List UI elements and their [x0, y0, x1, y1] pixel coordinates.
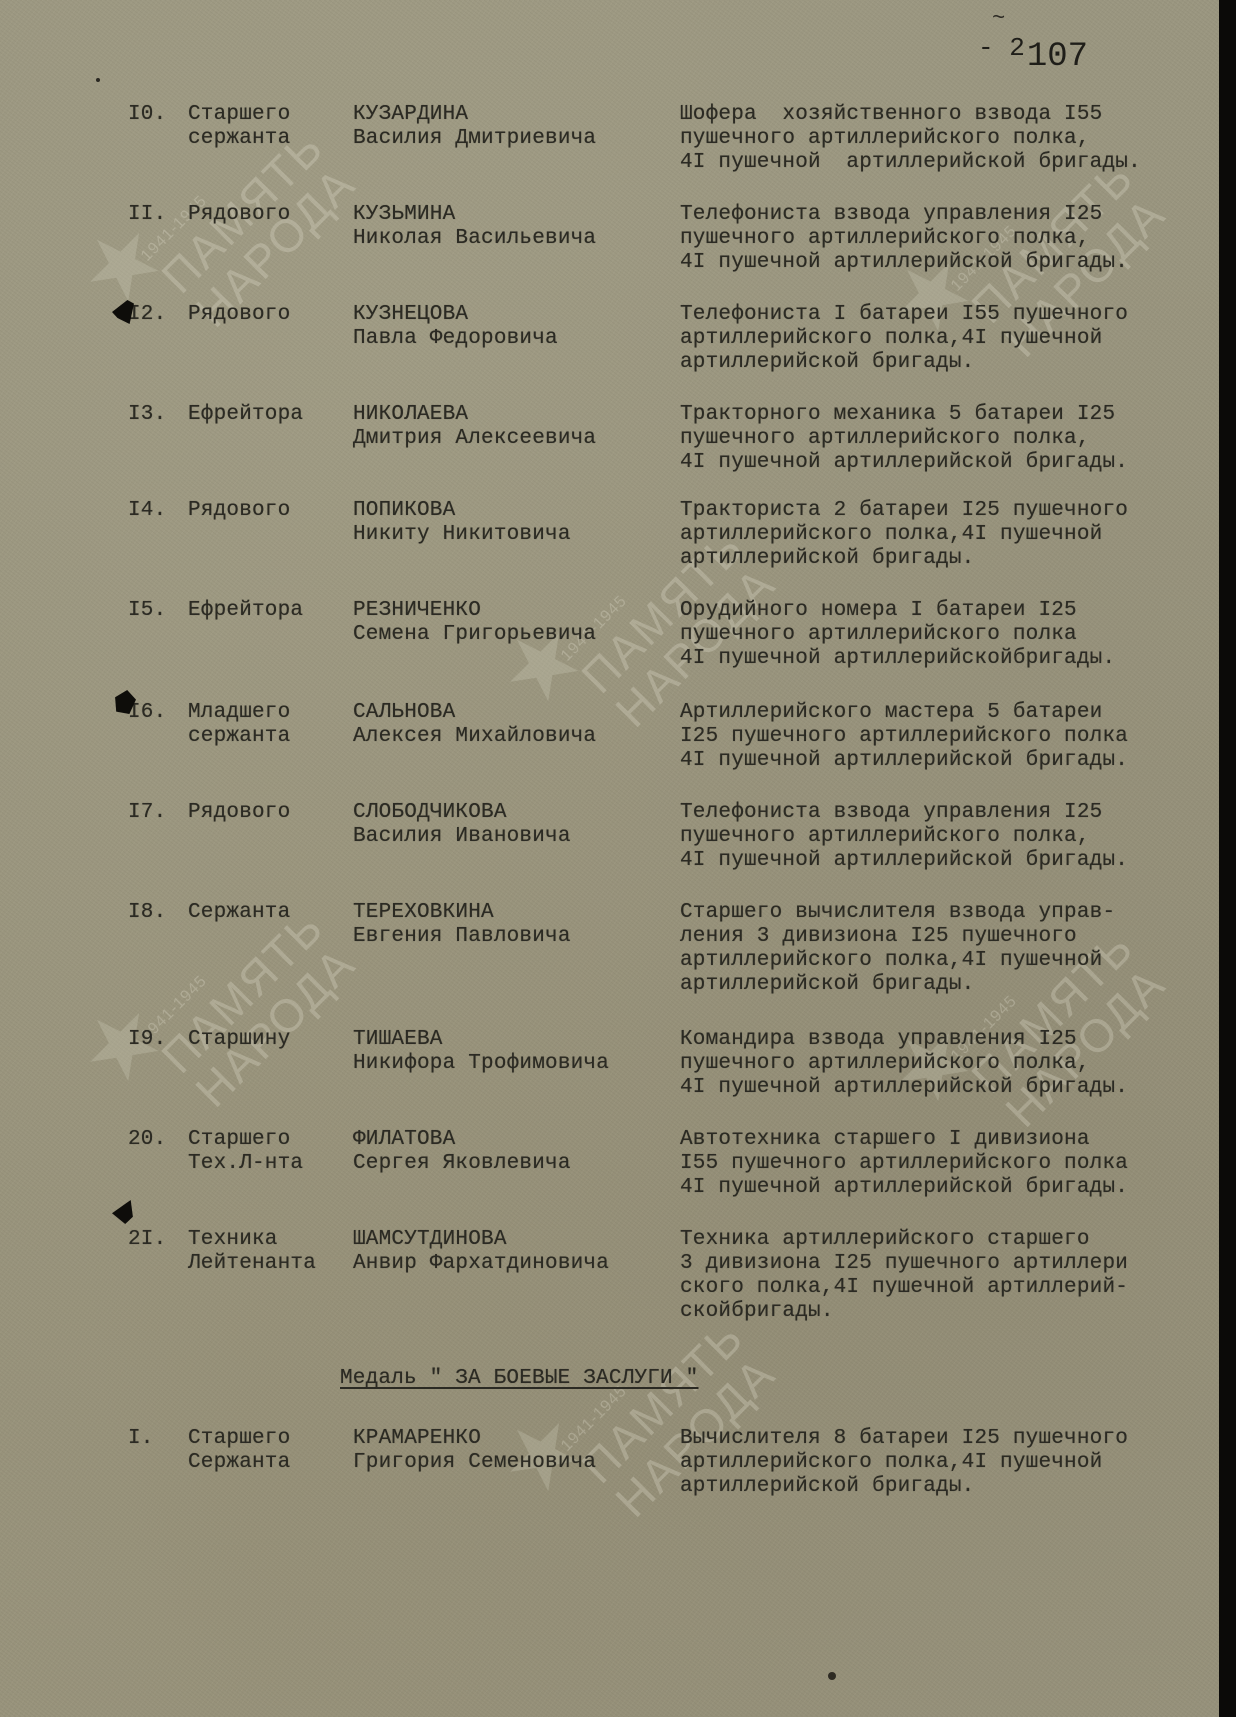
- text-line: Младшего: [188, 701, 348, 725]
- text-line: артиллерийского полка,4I пушечной: [680, 949, 1219, 973]
- text-line: Никиту Никитовича: [353, 523, 673, 547]
- text-line: Старшего: [188, 1427, 348, 1451]
- text-line: ФИЛАТОВА: [353, 1128, 673, 1152]
- text-line: Старшего: [188, 1128, 348, 1152]
- text-line: пушечного артиллерийского полка: [680, 623, 1219, 647]
- text-line: пушечного артиллерийского полка,: [680, 127, 1219, 151]
- entry-rank: СтаршегоСержанта: [188, 1427, 348, 1475]
- entry-name: ПОПИКОВАНикиту Никитовича: [353, 499, 673, 547]
- entry-description: Старшего вычислителя взвода управ-ления …: [680, 901, 1219, 997]
- section-title: Медаль " ЗА БОЕВЫЕ ЗАСЛУГИ ": [340, 1367, 698, 1391]
- text-line: Техника: [188, 1228, 348, 1252]
- entry-number: I2.: [128, 303, 188, 327]
- entry-description: Вычислителя 8 батареи I25 пушечногоартил…: [680, 1427, 1219, 1499]
- text-line: Сергея Яковлевича: [353, 1152, 673, 1176]
- entry-rank: Младшегосержанта: [188, 701, 348, 749]
- entry-description: Техника артиллерийского старшего3 дивизи…: [680, 1228, 1219, 1324]
- text-line: КУЗЬМИНА: [353, 203, 673, 227]
- text-line: артиллерийского полка,4I пушечной: [680, 327, 1219, 351]
- entry-name: ФИЛАТОВАСергея Яковлевича: [353, 1128, 673, 1176]
- entry-name: САЛЬНОВААлексея Михайловича: [353, 701, 673, 749]
- entry-name: КУЗНЕЦОВАПавла Федоровича: [353, 303, 673, 351]
- text-line: 4I пушечной артиллерийскойбригады.: [680, 647, 1219, 671]
- text-line: пушечного артиллерийского полка,: [680, 1052, 1219, 1076]
- text-line: пушечного артиллерийского полка,: [680, 227, 1219, 251]
- entry-number: I4.: [128, 499, 188, 523]
- entry-number: I6.: [128, 701, 188, 725]
- text-line: Автотехника старшего I дивизиона: [680, 1128, 1219, 1152]
- text-line: Телефониста взвода управления I25: [680, 203, 1219, 227]
- text-line: артиллерийского полка,4I пушечной: [680, 523, 1219, 547]
- entry-rank: Сержанта: [188, 901, 348, 925]
- text-line: Никифора Трофимовича: [353, 1052, 673, 1076]
- text-line: 4I пушечной артиллерийской бригады.: [680, 1076, 1219, 1100]
- text-line: I55 пушечного артиллерийского полка: [680, 1152, 1219, 1176]
- text-line: Рядового: [188, 303, 348, 327]
- text-line: Телефониста I батареи I55 пушечного: [680, 303, 1219, 327]
- text-line: ления 3 дивизиона I25 пушечного: [680, 925, 1219, 949]
- entry-number: I8.: [128, 901, 188, 925]
- entry-description: Телефониста взвода управления I25пушечно…: [680, 801, 1219, 873]
- text-line: Старшину: [188, 1028, 348, 1052]
- entry-name: НИКОЛАЕВАДмитрия Алексеевича: [353, 403, 673, 451]
- text-line: Алексея Михайловича: [353, 725, 673, 749]
- entry-number: I7.: [128, 801, 188, 825]
- entry-rank: Рядового: [188, 499, 348, 523]
- text-line: скойбригады.: [680, 1300, 1219, 1324]
- text-line: Григория Семеновича: [353, 1451, 673, 1475]
- entry-rank: Старшегосержанта: [188, 103, 348, 151]
- page-number-value: 107: [1027, 38, 1088, 76]
- text-line: Сержанта: [188, 901, 348, 925]
- entry-number: I9.: [128, 1028, 188, 1052]
- page-number: - 2107: [978, 38, 1088, 76]
- entry-name: КУЗЬМИНАНиколая Васильевича: [353, 203, 673, 251]
- text-line: Старшего вычислителя взвода управ-: [680, 901, 1219, 925]
- entry-rank: Ефрейтора: [188, 599, 348, 623]
- text-line: Тех.Л-нта: [188, 1152, 348, 1176]
- text-line: артиллерийской бригады.: [680, 1475, 1219, 1499]
- entry-description: Шофера хозяйственного взвода I55пушечног…: [680, 103, 1219, 175]
- text-line: Анвир Фархатдиновича: [353, 1252, 673, 1276]
- entry-name: КРАМАРЕНКОГригория Семеновича: [353, 1427, 673, 1475]
- text-line: ского полка,4I пушечной артиллерий-: [680, 1276, 1219, 1300]
- text-line: 4I пушечной артиллерийской бригады.: [680, 151, 1219, 175]
- text-line: ТЕРЕХОВКИНА: [353, 901, 673, 925]
- text-line: СЛОБОДЧИКОВА: [353, 801, 673, 825]
- ink-speck: [828, 1672, 836, 1680]
- text-line: КРАМАРЕНКО: [353, 1427, 673, 1451]
- document-page: ★ 1941-1945 ПАМЯТЬ НАРОДА ★ 1941-1945 ПА…: [0, 0, 1219, 1717]
- text-line: Василия Дмитриевича: [353, 127, 673, 151]
- text-line: Командира взвода управления I25: [680, 1028, 1219, 1052]
- text-line: Сержанта: [188, 1451, 348, 1475]
- entry-number: I.: [128, 1427, 188, 1451]
- text-line: Рядового: [188, 801, 348, 825]
- entry-name: РЕЗНИЧЕНКОСемена Григорьевича: [353, 599, 673, 647]
- entry-description: Автотехника старшего I дивизионаI55 пуше…: [680, 1128, 1219, 1200]
- text-line: сержанта: [188, 127, 348, 151]
- entry-description: Тракторного механика 5 батареи I25пушечн…: [680, 403, 1219, 475]
- text-line: Николая Васильевича: [353, 227, 673, 251]
- entry-name: КУЗАРДИНАВасилия Дмитриевича: [353, 103, 673, 151]
- text-line: пушечного артиллерийского полка,: [680, 427, 1219, 451]
- entry-rank: Рядового: [188, 303, 348, 327]
- punch-hole: [112, 1200, 134, 1224]
- page-tilde: ~: [992, 6, 1005, 31]
- text-line: пушечного артиллерийского полка,: [680, 825, 1219, 849]
- entry-name: ТИШАЕВАНикифора Трофимовича: [353, 1028, 673, 1076]
- text-line: Ефрейтора: [188, 599, 348, 623]
- text-line: Артиллерийского мастера 5 батареи: [680, 701, 1219, 725]
- text-line: Лейтенанта: [188, 1252, 348, 1276]
- text-line: КУЗАРДИНА: [353, 103, 673, 127]
- text-line: Телефониста взвода управления I25: [680, 801, 1219, 825]
- entry-number: 2I.: [128, 1228, 188, 1252]
- text-line: САЛЬНОВА: [353, 701, 673, 725]
- entry-rank: Ефрейтора: [188, 403, 348, 427]
- text-line: артиллерийской бригады.: [680, 547, 1219, 571]
- text-line: 3 дивизиона I25 пушечного артиллери: [680, 1252, 1219, 1276]
- text-line: 4I пушечной артиллерийской бригады.: [680, 251, 1219, 275]
- entry-description: Телефониста I батареи I55 пушечногоартил…: [680, 303, 1219, 375]
- text-line: Василия Ивановича: [353, 825, 673, 849]
- text-line: Ефрейтора: [188, 403, 348, 427]
- text-line: НИКОЛАЕВА: [353, 403, 673, 427]
- entry-number: 20.: [128, 1128, 188, 1152]
- entry-description: Командира взвода управления I25пушечного…: [680, 1028, 1219, 1100]
- text-line: сержанта: [188, 725, 348, 749]
- text-line: КУЗНЕЦОВА: [353, 303, 673, 327]
- text-line: ПОПИКОВА: [353, 499, 673, 523]
- text-line: артиллерийской бригады.: [680, 973, 1219, 997]
- entry-description: Артиллерийского мастера 5 батареиI25 пуш…: [680, 701, 1219, 773]
- text-line: РЕЗНИЧЕНКО: [353, 599, 673, 623]
- entry-description: Орудийного номера I батареи I25пушечного…: [680, 599, 1219, 671]
- entry-number: I3.: [128, 403, 188, 427]
- entry-name: ТЕРЕХОВКИНАЕвгения Павловича: [353, 901, 673, 949]
- text-line: Дмитрия Алексеевича: [353, 427, 673, 451]
- entry-rank: Старшину: [188, 1028, 348, 1052]
- text-line: Орудийного номера I батареи I25: [680, 599, 1219, 623]
- entry-rank: Рядового: [188, 801, 348, 825]
- entry-rank: ТехникаЛейтенанта: [188, 1228, 348, 1276]
- page-number-prefix: - 2: [978, 33, 1025, 63]
- text-line: 4I пушечной артиллерийской бригады.: [680, 451, 1219, 475]
- text-line: артиллерийской бригады.: [680, 351, 1219, 375]
- text-line: Тракториста 2 батареи I25 пушечного: [680, 499, 1219, 523]
- entry-number: I5.: [128, 599, 188, 623]
- text-line: артиллерийского полка,4I пушечной: [680, 1451, 1219, 1475]
- text-line: Старшего: [188, 103, 348, 127]
- text-line: ТИШАЕВА: [353, 1028, 673, 1052]
- text-line: Тракторного механика 5 батареи I25: [680, 403, 1219, 427]
- entry-number: II.: [128, 203, 188, 227]
- entry-rank: СтаршегоТех.Л-нта: [188, 1128, 348, 1176]
- text-line: Евгения Павловича: [353, 925, 673, 949]
- text-line: Рядового: [188, 499, 348, 523]
- entry-description: Тракториста 2 батареи I25 пушечногоартил…: [680, 499, 1219, 571]
- text-line: Павла Федоровича: [353, 327, 673, 351]
- ink-mark: [96, 78, 100, 82]
- entry-name: ШАМСУТДИНОВААнвир Фархатдиновича: [353, 1228, 673, 1276]
- entry-rank: Рядового: [188, 203, 348, 227]
- text-line: Техника артиллерийского старшего: [680, 1228, 1219, 1252]
- entry-number: I0.: [128, 103, 188, 127]
- text-line: 4I пушечной артиллерийской бригады.: [680, 749, 1219, 773]
- text-line: Семена Григорьевича: [353, 623, 673, 647]
- text-line: Шофера хозяйственного взвода I55: [680, 103, 1219, 127]
- text-line: 4I пушечной артиллерийской бригады.: [680, 1176, 1219, 1200]
- text-line: 4I пушечной артиллерийской бригады.: [680, 849, 1219, 873]
- text-line: Вычислителя 8 батареи I25 пушечного: [680, 1427, 1219, 1451]
- entry-name: СЛОБОДЧИКОВАВасилия Ивановича: [353, 801, 673, 849]
- text-line: I25 пушечного артиллерийского полка: [680, 725, 1219, 749]
- entry-description: Телефониста взвода управления I25пушечно…: [680, 203, 1219, 275]
- text-line: Рядового: [188, 203, 348, 227]
- text-line: ШАМСУТДИНОВА: [353, 1228, 673, 1252]
